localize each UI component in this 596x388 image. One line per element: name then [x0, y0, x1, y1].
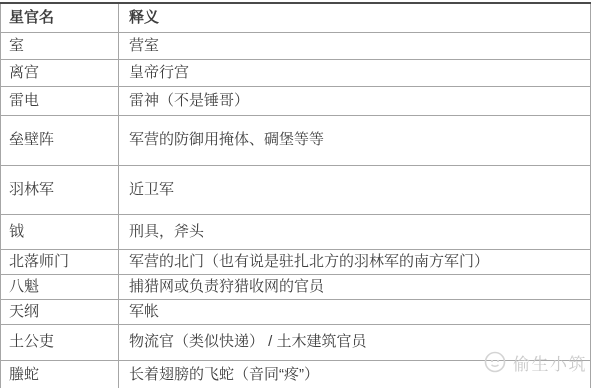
meaning-text: 军营的北门（也有说是驻扎北方的羽林军的南方军门） [129, 253, 489, 270]
star-name-text: 钺 [9, 223, 24, 240]
star-name-cell: 螣蛇 [1, 361, 119, 388]
meaning-text: 物流官（类似快递） / 土木建筑官员 [129, 333, 367, 350]
meaning-cell: 物流官（类似快递） / 土木建筑官员 [119, 325, 591, 361]
star-name-cell: 室 [1, 33, 119, 60]
meaning-cell: 营室 [119, 33, 591, 60]
meaning-cell: 军营的北门（也有说是驻扎北方的羽林军的南方军门） [119, 250, 591, 275]
meaning-cell: 雷神（不是锤哥） [119, 87, 591, 116]
column-header-meaning: 释义 [119, 3, 591, 33]
star-officials-table: 星官名 释义 室 营室 离宫 皇帝行宫 雷电 雷神（不是锤哥） 垒壁阵 军营的防… [0, 2, 591, 388]
star-name-cell: 天纲 [1, 300, 119, 325]
meaning-text: 近卫军 [129, 181, 174, 198]
meaning-text: 刑具，斧头 [129, 223, 204, 240]
star-name-cell: 土公吏 [1, 325, 119, 361]
star-name-text: 天纲 [9, 303, 39, 320]
table-row: 室 营室 [1, 33, 591, 60]
star-name-cell: 离宫 [1, 60, 119, 87]
table-row: 八魁 捕猎网或负责狩猎收网的官员 [1, 275, 591, 300]
star-name-cell: 钺 [1, 215, 119, 250]
table-header: 星官名 释义 [1, 3, 591, 33]
star-name-text: 雷电 [9, 92, 39, 109]
star-name-cell: 北落师门 [1, 250, 119, 275]
star-name-text: 土公吏 [9, 333, 54, 350]
star-name-text: 室 [9, 37, 24, 54]
star-name-cell: 雷电 [1, 87, 119, 116]
star-name-text: 螣蛇 [9, 366, 39, 383]
star-name-text: 北落师门 [9, 253, 69, 270]
table-row: 离宫 皇帝行宫 [1, 60, 591, 87]
article-table-page: 星官名 释义 室 营室 离宫 皇帝行宫 雷电 雷神（不是锤哥） 垒壁阵 军营的防… [0, 0, 596, 388]
meaning-text: 营室 [129, 37, 159, 54]
table-row: 土公吏 物流官（类似快递） / 土木建筑官员 [1, 325, 591, 361]
table-body: 室 营室 离宫 皇帝行宫 雷电 雷神（不是锤哥） 垒壁阵 军营的防御用掩体、碉堡… [1, 33, 591, 388]
meaning-cell: 皇帝行宫 [119, 60, 591, 87]
star-name-cell: 垒壁阵 [1, 116, 119, 166]
meaning-cell: 军帐 [119, 300, 591, 325]
table-row: 雷电 雷神（不是锤哥） [1, 87, 591, 116]
star-name-text: 八魁 [9, 278, 39, 295]
table-row: 垒壁阵 军营的防御用掩体、碉堡等等 [1, 116, 591, 166]
meaning-text: 雷神（不是锤哥） [129, 92, 249, 109]
table-row: 螣蛇 长着翅膀的飞蛇（音同“疼”） [1, 361, 591, 388]
table-row: 天纲 军帐 [1, 300, 591, 325]
column-header-star-name: 星官名 [1, 3, 119, 33]
meaning-cell: 近卫军 [119, 166, 591, 215]
header-row: 星官名 释义 [1, 3, 591, 33]
meaning-cell: 刑具，斧头 [119, 215, 591, 250]
meaning-text: 军营的防御用掩体、碉堡等等 [129, 131, 324, 148]
star-name-text: 垒壁阵 [9, 131, 54, 148]
table-row: 钺 刑具，斧头 [1, 215, 591, 250]
star-name-text: 离宫 [9, 64, 39, 81]
table-row: 羽林军 近卫军 [1, 166, 591, 215]
meaning-cell: 长着翅膀的飞蛇（音同“疼”） [119, 361, 591, 388]
meaning-cell: 军营的防御用掩体、碉堡等等 [119, 116, 591, 166]
star-name-cell: 羽林军 [1, 166, 119, 215]
meaning-cell: 捕猎网或负责狩猎收网的官员 [119, 275, 591, 300]
meaning-text: 长着翅膀的飞蛇（音同“疼”） [129, 366, 319, 383]
meaning-text: 捕猎网或负责狩猎收网的官员 [129, 278, 324, 295]
table-row: 北落师门 军营的北门（也有说是驻扎北方的羽林军的南方军门） [1, 250, 591, 275]
star-name-cell: 八魁 [1, 275, 119, 300]
meaning-text: 皇帝行宫 [129, 64, 189, 81]
star-name-text: 羽林军 [9, 181, 54, 198]
meaning-text: 军帐 [129, 303, 159, 320]
